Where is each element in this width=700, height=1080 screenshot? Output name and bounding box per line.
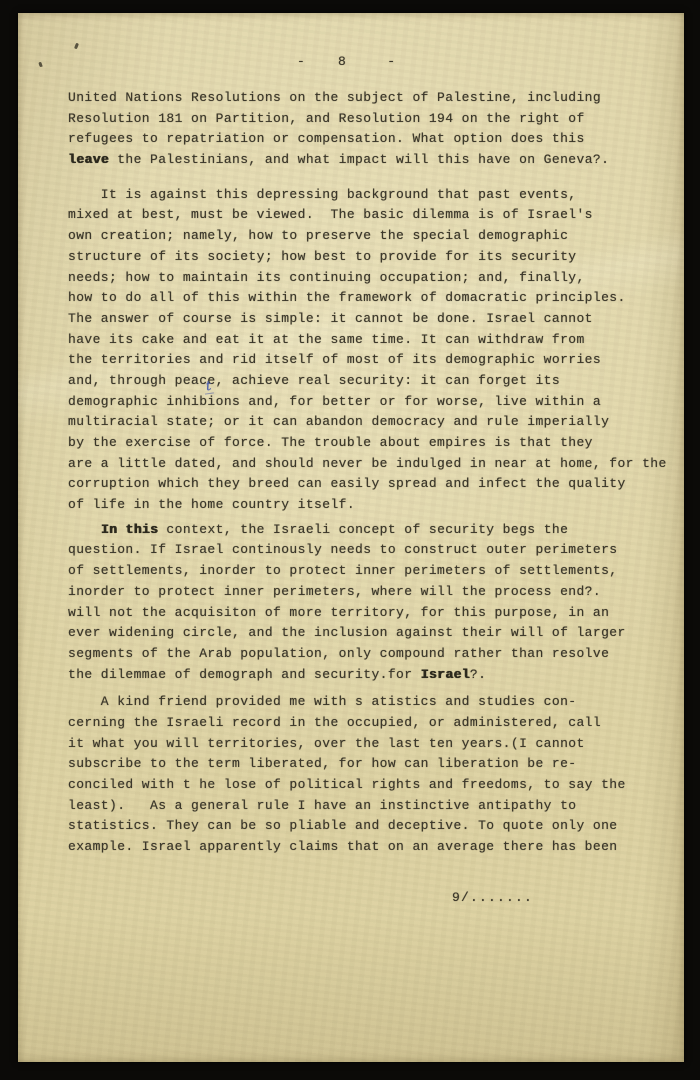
typewritten-line: Resolution 181 on Partition, and Resolut… [68, 109, 667, 130]
page-number: - 8 - [297, 54, 395, 69]
typewritten-line: the territories and rid itself of most o… [68, 350, 667, 371]
typewritten-line: United Nations Resolutions on the subjec… [68, 88, 667, 109]
typewritten-line: ever widening circle, and the inclusion … [68, 623, 667, 644]
document-page: - 8 - United Nations Resolutions on the … [18, 13, 684, 1062]
overstruck-text: In this [101, 522, 158, 537]
typewritten-line: structure of its society; how best to pr… [68, 247, 667, 268]
typewritten-line: It is against this depressing background… [68, 185, 667, 206]
text-segment: the Palestinians, and what impact will t… [109, 152, 609, 167]
typewritten-line: by the exercise of force. The trouble ab… [68, 433, 667, 454]
paragraph: United Nations Resolutions on the subjec… [68, 88, 667, 171]
typewritten-line: question. If Israel continously needs to… [68, 540, 667, 561]
typewritten-line: statistics. They can be so pliable and d… [68, 816, 667, 837]
paragraph: In this context, the Israeli concept of … [68, 520, 667, 686]
text-segment: the dilemmae of demograph and security.f… [68, 667, 421, 682]
typewritten-line: demographic inhibions and, for better or… [68, 392, 667, 413]
typewritten-line: least). As a general rule I have an inst… [68, 796, 667, 817]
typewritten-line: and, through peace, achieve real securit… [68, 371, 667, 392]
typewritten-line: how to do all of this within the framewo… [68, 288, 667, 309]
ink-speck [74, 43, 79, 50]
handwritten-correction: t [203, 379, 214, 394]
typewritten-line: have its cake and eat it at the same tim… [68, 330, 667, 351]
typewritten-line: refugees to repatriation or compensation… [68, 129, 667, 150]
typewritten-line: mixed at best, must be viewed. The basic… [68, 205, 667, 226]
typewritten-line: of life in the home country itself. [68, 495, 667, 516]
text-segment [68, 522, 101, 537]
typewritten-line: inorder to protect inner perimeters, whe… [68, 582, 667, 603]
typewritten-line: segments of the Arab population, only co… [68, 644, 667, 665]
text-segment: context, the Israeli concept of security… [158, 522, 568, 537]
paragraph: A kind friend provided me with s atistic… [68, 692, 667, 858]
overstruck-text: leave [68, 152, 109, 167]
typewritten-line: own creation; namely, how to preserve th… [68, 226, 667, 247]
typewritten-line: of settlements, inorder to protect inner… [68, 561, 667, 582]
typewritten-line: multiracial state; or it can abandon dem… [68, 412, 667, 433]
typewritten-line: subscribe to the term liberated, for how… [68, 754, 667, 775]
typewritten-line: conciled with t he lose of political rig… [68, 775, 667, 796]
typewritten-text: United Nations Resolutions on the subjec… [68, 88, 667, 858]
typewritten-line: corruption which they breed can easily s… [68, 474, 667, 495]
typewritten-line: needs; how to maintain its continuing oc… [68, 268, 667, 289]
typewritten-line: The answer of course is simple: it canno… [68, 309, 667, 330]
paragraph: It is against this depressing background… [68, 185, 667, 516]
typewritten-line: will not the acquisiton of more territor… [68, 603, 667, 624]
continuation-marker: 9/....... [452, 890, 533, 905]
typewritten-line: the dilemmae of demograph and security.f… [68, 665, 667, 686]
typewritten-line: example. Israel apparently claims that o… [68, 837, 667, 858]
scan-background: { "scan": { "background_color": "#0b0a08… [0, 0, 700, 1080]
typewritten-line: A kind friend provided me with s atistic… [68, 692, 667, 713]
text-segment: ?. [470, 667, 486, 682]
typewritten-line: In this context, the Israeli concept of … [68, 520, 667, 541]
typewritten-line: it what you will territories, over the l… [68, 734, 667, 755]
typewritten-line: cerning the Israeli record in the occupi… [68, 713, 667, 734]
typewritten-line: are a little dated, and should never be … [68, 454, 667, 475]
overstruck-text: Israel [421, 667, 470, 682]
ink-speck [38, 62, 42, 68]
typewritten-line: leave the Palestinians, and what impact … [68, 150, 667, 171]
